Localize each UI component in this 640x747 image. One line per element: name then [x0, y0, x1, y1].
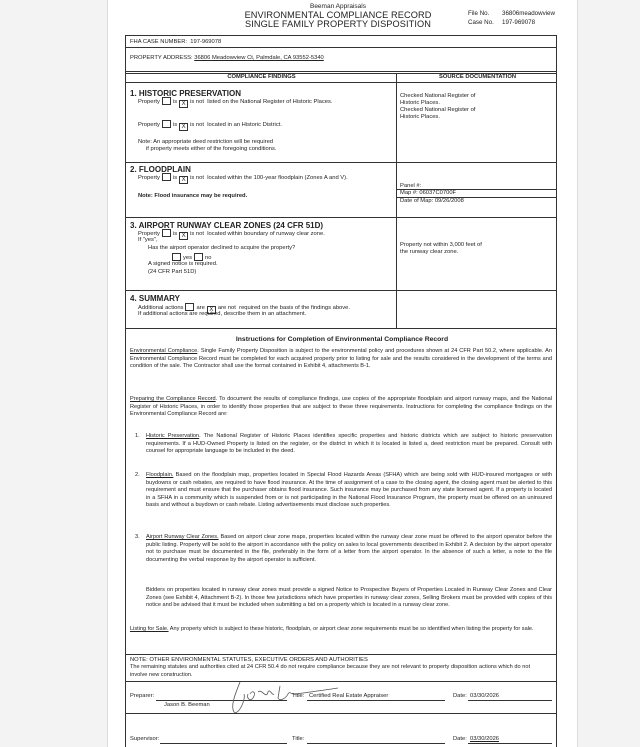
instructions-title: Instructions for Completion of Environme… [126, 336, 558, 343]
column-header-compliance: COMPLIANCE FINDINGS [126, 74, 397, 81]
company-name: Beeman Appraisals [268, 3, 408, 10]
historic-note2: if property meets either of the foregoin… [146, 146, 277, 153]
label: Property [138, 122, 160, 128]
no-checkbox[interactable] [194, 253, 203, 261]
yes-checkbox[interactable] [172, 253, 181, 261]
floodplain-line: PropertyisXis not located within the 100… [138, 173, 348, 184]
file-info: File No.36806meadowview Case No.197-9690… [468, 10, 555, 27]
bidders-paragraph: Bidders on properties located in runway … [146, 587, 552, 610]
column-header-source: SOURCE DOCUMENTATION [397, 74, 558, 81]
value: 09/26/2008 [435, 198, 464, 204]
supervisor-title-line [307, 743, 445, 744]
instruction-item: 3.Airport Runway Clear Zones. Based on a… [146, 534, 552, 564]
airport-ifyes: If "yes", [138, 237, 158, 244]
heading: Environmental Compliance [130, 348, 197, 354]
heading: Listing for Sale. [130, 626, 169, 632]
fha-case-label: FHA CASE NUMBER: [130, 39, 187, 45]
map-date: Date of Map: 09/26/2008 [400, 198, 464, 205]
supervisor-date-label: Date: [453, 736, 467, 743]
heading: Floodplain. [146, 472, 173, 478]
label: Map #: [400, 190, 418, 196]
listing-paragraph: Listing for Sale. Any property which is … [130, 626, 552, 634]
note-text: The remaining statutes and authorities c… [130, 664, 530, 679]
text: Based on the floodplain map, properties … [146, 472, 552, 508]
case-no-value: 197-969078 [502, 19, 535, 26]
label: Property [138, 175, 160, 181]
airport-question: Has the airport operator declined to acq… [148, 245, 295, 252]
text: Any property which is subject to these h… [169, 626, 534, 632]
fha-case-number: FHA CASE NUMBER: 197-969078 [130, 39, 221, 46]
is-checkbox[interactable] [162, 120, 171, 128]
number: 1. [135, 433, 140, 441]
prep-compliance-paragraph: Preparing the Compliance Record. To docu… [130, 396, 552, 419]
instruction-item: 2.Floodplain. Based on the floodplain ma… [146, 472, 552, 510]
floodplain-note: Note: Flood insurance may be required. [138, 193, 247, 200]
env-compliance-paragraph: Environmental Compliance. Single Family … [130, 348, 552, 371]
is-checkbox[interactable] [162, 173, 171, 181]
is-not-checkbox[interactable]: X [179, 176, 188, 184]
heading: Historic Preservation [146, 433, 199, 439]
label: is [173, 122, 177, 128]
historic-source-4: Historic Places. [400, 114, 440, 121]
handwritten-signature-icon [210, 680, 340, 716]
airport-line: PropertyisXis not located within boundar… [138, 229, 325, 240]
fha-case-value: 197-969078 [190, 39, 221, 45]
label: is [173, 231, 177, 237]
text: . The National Register of Historic Plac… [146, 433, 552, 454]
value: 06037C0700F [419, 190, 456, 196]
compliance-form: FHA CASE NUMBER: 197-969078 PROPERTY ADD… [125, 35, 557, 747]
property-address-value: 36806 Meadowview Ct, Palmdale, CA 93552-… [194, 55, 324, 61]
document-subtitle: SINGLE FAMILY PROPERTY DISPOSITION [200, 19, 476, 29]
label: located within boundary of runway clear … [207, 231, 325, 237]
preparer-name: Jason B. Beeman [164, 702, 210, 709]
label: listed on the National Register of Histo… [207, 99, 332, 105]
label: is [173, 99, 177, 105]
airport-notice: A signed notice is required. [148, 261, 218, 268]
airport-cfr: (24 CFR Part 51D) [148, 269, 196, 276]
label: is not [190, 99, 204, 105]
airport-source-2: the runway clear zone. [400, 249, 458, 256]
is-not-checkbox[interactable]: X [179, 100, 188, 108]
are-checkbox[interactable] [185, 303, 194, 311]
label: is [173, 175, 177, 181]
property-address-label: PROPERTY ADDRESS: [130, 55, 193, 61]
label: Date of Map: [400, 198, 433, 204]
number: 2. [135, 472, 140, 480]
is-checkbox[interactable] [162, 97, 171, 105]
label: Property [138, 99, 160, 105]
heading: Preparing the Compliance Record [130, 396, 216, 402]
label: located within the 100-year floodplain (… [207, 175, 348, 181]
preparer-date-value[interactable]: 03/30/2026 [470, 693, 499, 700]
supervisor-date-value[interactable]: 03/30/2026 [470, 736, 499, 743]
label: is not [190, 122, 204, 128]
file-no-value: 36806meadowview [502, 10, 555, 17]
heading: Airport Runway Clear Zones. [146, 534, 219, 540]
historic-line1: PropertyisXis not listed on the National… [138, 97, 333, 108]
preparer-label: Preparer: [130, 693, 154, 700]
property-address: PROPERTY ADDRESS: 36806 Meadowview Ct, P… [130, 55, 324, 62]
supervisor-label: Supervisor: [130, 736, 159, 743]
historic-line2: PropertyisXis not located in an Historic… [138, 120, 282, 131]
is-checkbox[interactable] [162, 229, 171, 237]
number: 3. [135, 534, 140, 542]
file-no-label: File No. [468, 10, 502, 19]
is-not-checkbox[interactable]: X [179, 232, 188, 240]
supervisor-signature-line[interactable] [160, 743, 287, 744]
instruction-item: 1.Historic Preservation. The National Re… [146, 433, 552, 456]
case-no-label: Case No. [468, 19, 502, 28]
is-not-checkbox[interactable]: X [179, 123, 188, 131]
preparer-date-label: Date: [453, 693, 467, 700]
supervisor-title-label: Title: [292, 736, 304, 743]
label: is not [190, 231, 204, 237]
summary-line2: If additional actions are required, desc… [138, 311, 306, 318]
label: is not [190, 175, 204, 181]
summary-title: 4. SUMMARY [130, 295, 180, 302]
label: located in an Historic District. [207, 122, 282, 128]
